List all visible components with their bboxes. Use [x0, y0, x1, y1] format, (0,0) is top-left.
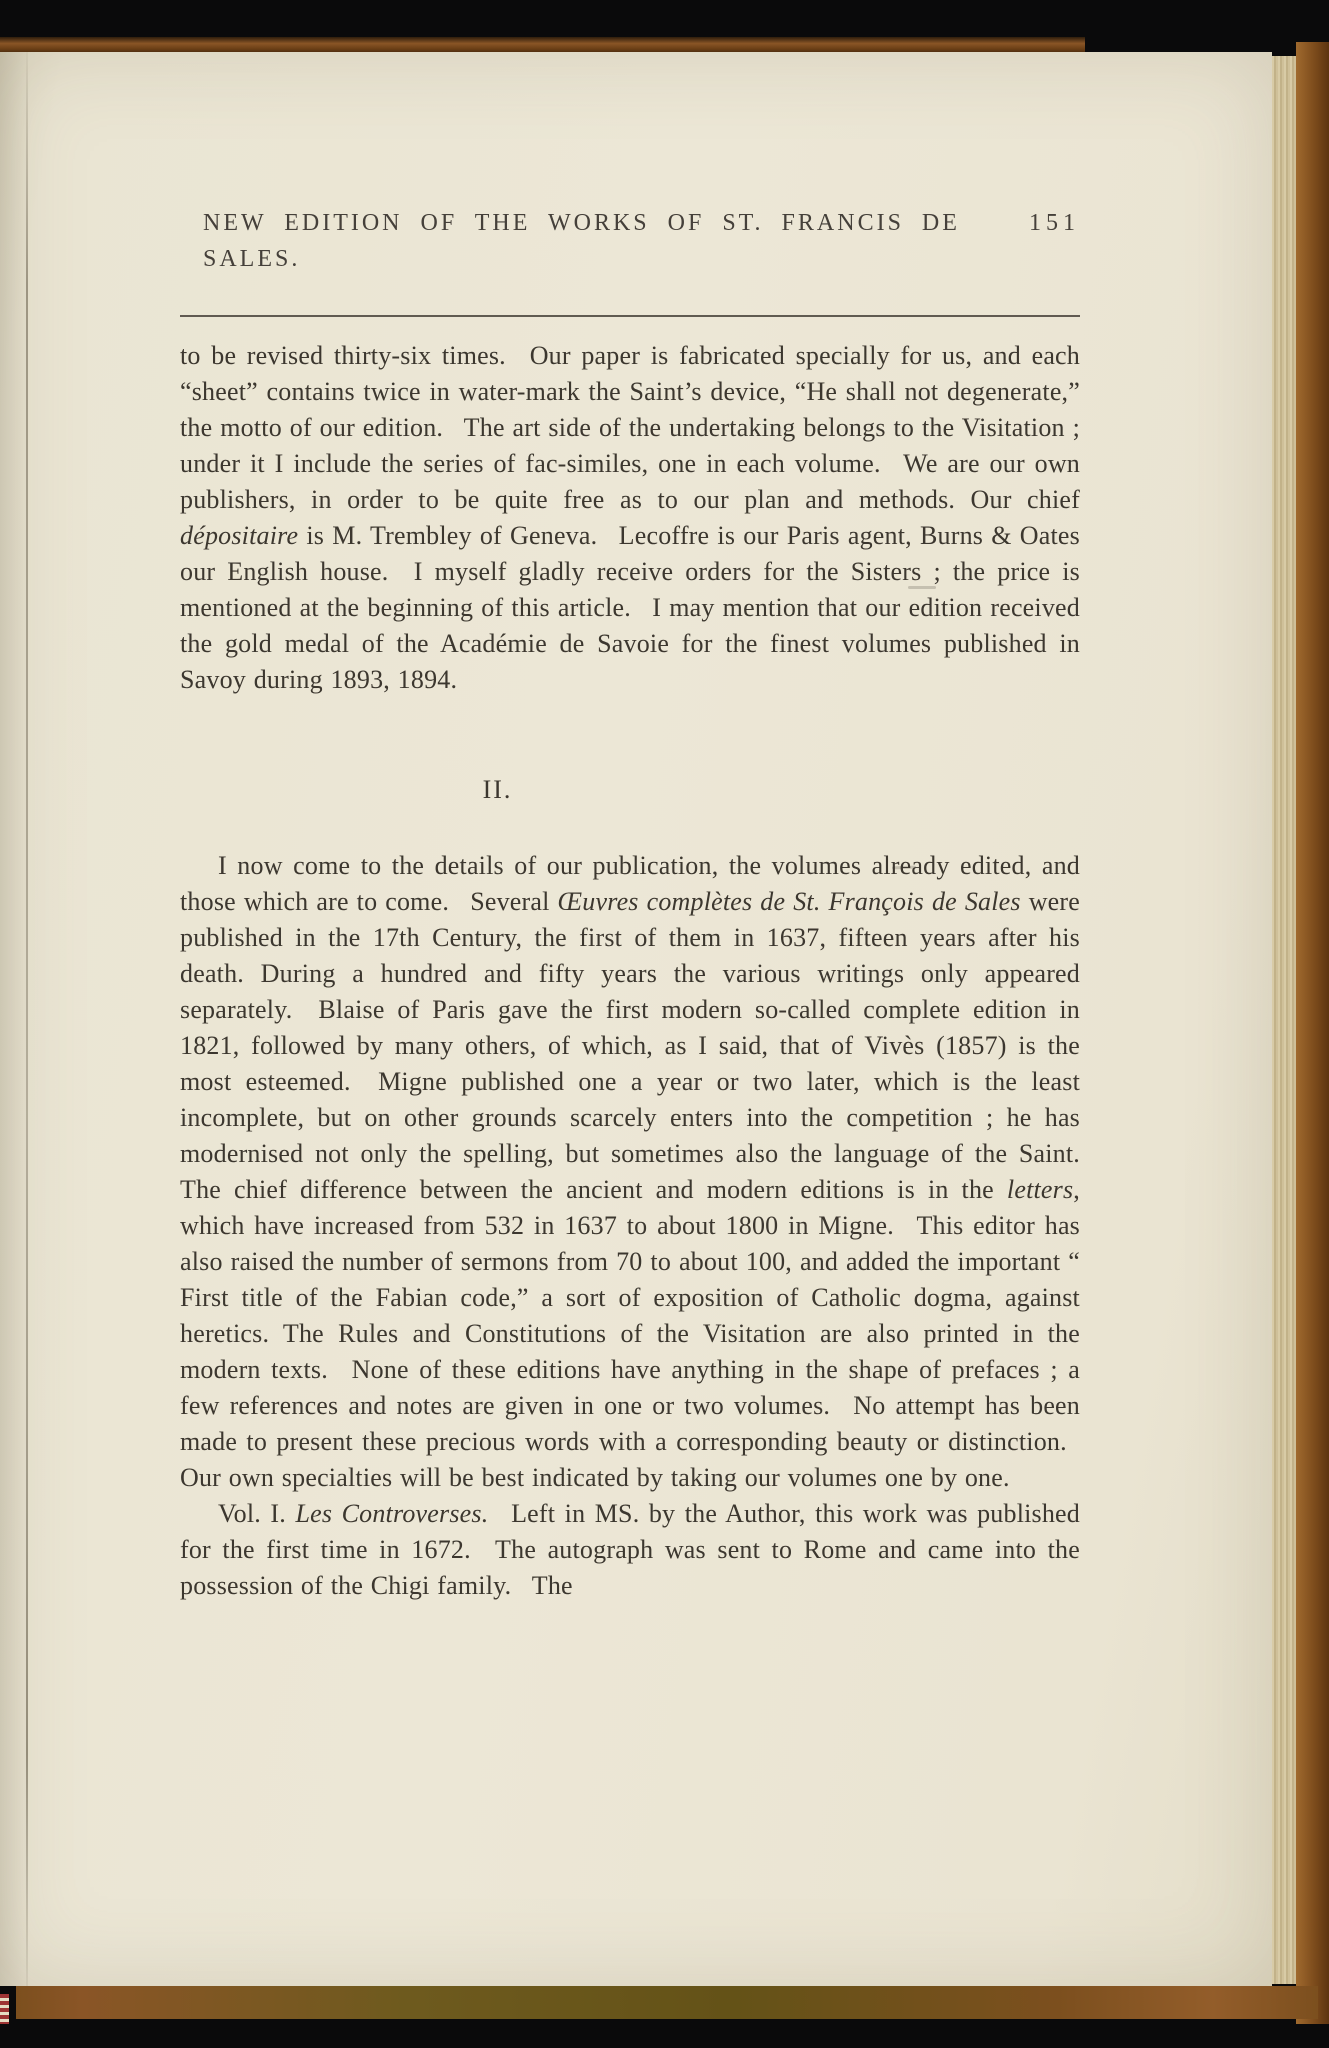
- headband: [0, 1994, 9, 2024]
- paragraph: Vol. I. Les Controverses. Left in MS. by…: [180, 1496, 1080, 1604]
- italic-run: Les Controverses.: [295, 1499, 488, 1528]
- text-run: were published in the 17th Century, the …: [180, 887, 1080, 1204]
- body-blocks: to be revised thirty-six times. Our pape…: [180, 338, 1080, 1604]
- paragraph: I now come to the details of our publica…: [180, 848, 1080, 1496]
- running-header: NEW EDITION OF THE WORKS OF ST. FRANCIS …: [180, 205, 1080, 277]
- scanned-book-photo: { "page": { "header": { "title": "NEW ED…: [0, 0, 1329, 2048]
- text-run: , which have increased from 532 in 1637 …: [180, 1175, 1080, 1492]
- header-rule: [180, 315, 1080, 317]
- book-bottom-edge: [16, 1986, 1318, 2019]
- page-gutter: [0, 52, 26, 1986]
- italic-run: dépositaire: [180, 521, 298, 550]
- text-run: to be revised thirty-six times. Our pape…: [180, 341, 1080, 514]
- page-fold-line: [26, 52, 28, 1986]
- italic-run: Œuvres complètes de St. François de Sale…: [558, 887, 1021, 916]
- page-edges-stack: [1272, 56, 1296, 1984]
- page-number: 151: [1029, 205, 1080, 241]
- page-content: NEW EDITION OF THE WORKS OF ST. FRANCIS …: [180, 205, 1080, 1604]
- italic-run: letters: [1007, 1175, 1073, 1204]
- header-title: NEW EDITION OF THE WORKS OF ST. FRANCIS …: [203, 205, 1029, 277]
- section-heading: II.: [180, 772, 1080, 808]
- text-run: is M. Trembley of Geneva. Lecoffre is ou…: [180, 521, 1080, 694]
- text-run: Vol. I.: [218, 1499, 295, 1528]
- book-cover-edge: [1296, 42, 1329, 2024]
- paragraph: to be revised thirty-six times. Our pape…: [180, 338, 1080, 698]
